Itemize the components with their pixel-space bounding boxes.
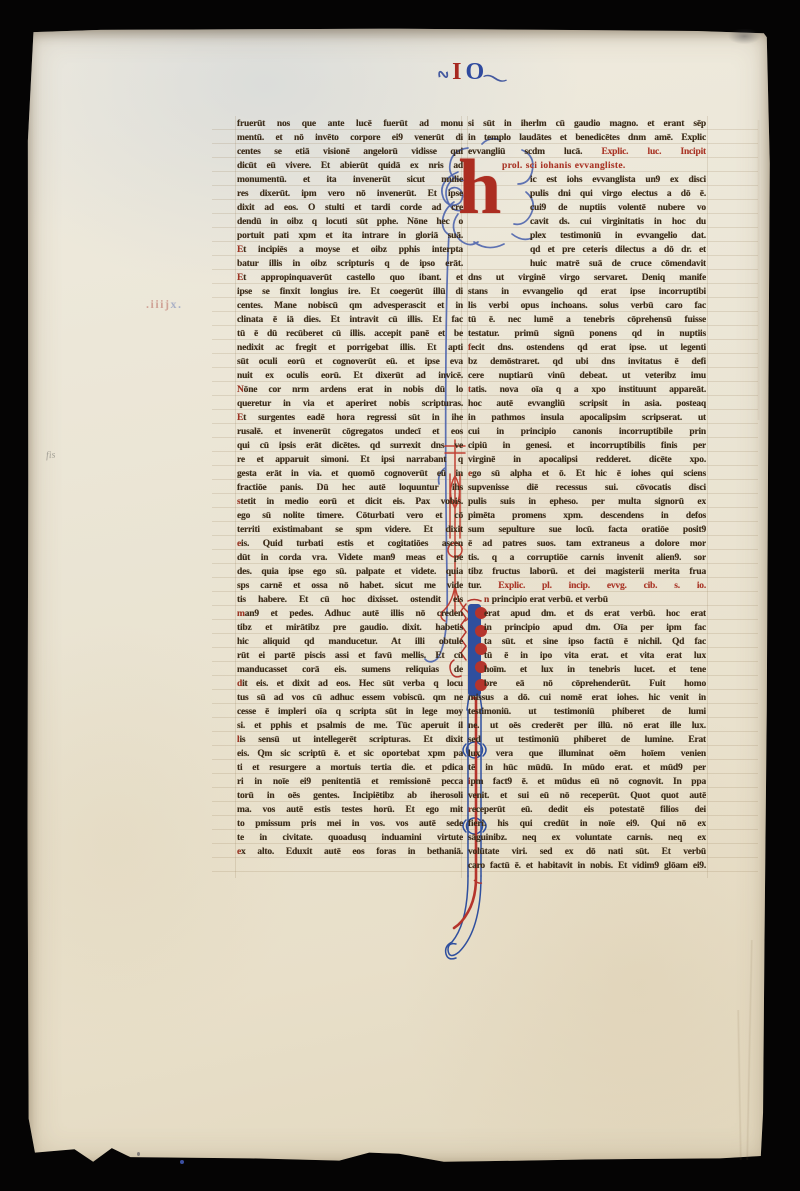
- text-line: in principio apud dm. Oīa per ipm fac: [468, 621, 706, 635]
- line-text: si sūt in iherlm cū gaudio magno. et era…: [468, 119, 706, 129]
- line-text: ic est iohs evvanglista un9 ex disci: [530, 175, 706, 185]
- text-line: to pmissum pris mei in vos. vos autē sed…: [237, 817, 463, 831]
- line-text: qd et pre ceteris dilectus a dō dr. et: [530, 245, 706, 255]
- text-line: eis. Quid turbati estis et cogitatiōes a…: [237, 537, 463, 551]
- line-text: evvangliū scdm lucā.: [468, 147, 582, 157]
- text-line: res dixerūt. ipm vero nō invenerūt. Et i…: [237, 187, 463, 201]
- chapter-numeral-blue: x.: [171, 297, 183, 311]
- line-text: pimēta promens xpm. descendens in defos: [468, 511, 706, 521]
- text-line: ta sūt. et sine ipso factū ē nichil. Qd …: [468, 635, 706, 649]
- line-text: supvenisse diē recessus sui. cōvocatis d…: [468, 483, 706, 493]
- text-line: qui cū ipsis erāt dicētes. qd surrexit d…: [237, 439, 463, 453]
- penwork-flourish-left-icon: ∿: [433, 63, 454, 87]
- ruling-vertical: [235, 116, 236, 878]
- line-text: testatur. primū signū ponens qd in nupti…: [468, 329, 706, 339]
- line-text: sum sepulture sue locū. facta oratiōe po…: [468, 525, 706, 535]
- line-text: lis verbi opus inchoans. solus verbū car…: [468, 301, 706, 311]
- line-text: cavit ds. cui virginitatis in hoc du: [530, 217, 706, 227]
- text-line: Et incipiēs a moyse et oibz pphis interp…: [237, 243, 463, 257]
- line-text: testimoniū. ut testimoniū phiberet de lu…: [468, 707, 706, 717]
- line-text: tis. q a corruptiōe carnis invenit alien…: [468, 553, 706, 563]
- text-line: bre eā nō cōprehenderūt. Fuit homo: [468, 677, 706, 691]
- rubric-text: Explic. pl. incip. evvg. cib. s. io.: [498, 581, 706, 591]
- text-line: dūt in corda vra. Videte man9 meas et pe: [237, 551, 463, 565]
- text-line: sum sepulture sue locū. facta oratiōe po…: [468, 523, 706, 537]
- line-text: sāguinibz. neq ex voluntate carnis. neq …: [468, 833, 706, 843]
- line-text: venit. et sui eū nō receperūt. Quot quot…: [468, 791, 706, 801]
- text-line: rusalē. et invenerūt cōgregatos undecī e…: [237, 425, 463, 439]
- text-line: in templo laudātes et benedicētes dnm am…: [468, 131, 706, 145]
- text-line: virginē in apocalipsi redderet. dicēte x…: [468, 453, 706, 467]
- text-line: cavit ds. cui virginitatis in hoc du: [468, 215, 706, 229]
- left-text-column: fruerūt nos que ante lucē fuerūt ad monu…: [237, 117, 463, 859]
- text-line: batur illis in oibz scripturis q de ipso…: [237, 257, 463, 271]
- text-line: Et surgentes eadē hora regressi sūt in i…: [237, 411, 463, 425]
- text-line: rūt ei partē piscis assi et favū mellis.…: [237, 649, 463, 663]
- text-line: tus sū ad vos cū adhuc essem vobiscū. qm…: [237, 691, 463, 705]
- line-text: pulis dni qui virgo electus a dō ē.: [530, 189, 706, 199]
- text-line: lis verbi opus inchoans. solus verbū car…: [468, 299, 706, 313]
- line-text: tibz fructus laborū. et dei magisterii m…: [468, 567, 706, 577]
- line-text: volūtate viri. sed ex dō nati sūt. Et ve…: [468, 847, 706, 857]
- text-line: eis. Qm sic scriptū ē. et sic oportebat …: [237, 747, 463, 761]
- text-line: supvenisse diē recessus sui. cōvocatis d…: [468, 481, 706, 495]
- line-text: lux vera que illuminat oēm hoīem venien: [468, 749, 706, 759]
- line-text: ipm fact9 ē. et mūdus eū nō cognovit. In…: [468, 777, 706, 787]
- line-text: sed ut testimoniū phiberet de lumine. Er…: [468, 735, 706, 745]
- running-title-letter-i: I: [452, 59, 462, 86]
- line-text: hoīm. et lux in tenebris lucet. et tene: [484, 665, 706, 675]
- text-line: fractiōe panis. Dū hec autē loquuntur ih…: [237, 481, 463, 495]
- line-text: cui in principio canonis incorruptibile …: [468, 427, 706, 437]
- text-line: tibz et mirātibz pre gaudio. dixit. habe…: [237, 621, 463, 635]
- text-line: sed ut testimoniū phiberet de lumine. Er…: [468, 733, 706, 747]
- text-line: sāguinibz. neq ex voluntate carnis. neq …: [468, 831, 706, 845]
- text-line: pulis dni qui virgo electus a dō ē.: [468, 187, 706, 201]
- line-text: virginē in apocalipsi redderet. dicēte x…: [468, 455, 706, 465]
- line-text: n principio erat verbū. et verbū: [484, 595, 608, 605]
- text-line: cui9 de nuptiis volentē nubere vo: [468, 201, 706, 215]
- line-text: missus a dō. cui nomē erat iohes. hic ve…: [468, 693, 706, 703]
- text-line: tibz fructus laborū. et dei magisterii m…: [468, 565, 706, 579]
- text-line: volūtate viri. sed ex dō nati sūt. Et ve…: [468, 845, 706, 859]
- line-text: in templo laudātes et benedicētes dnm am…: [468, 133, 706, 143]
- text-line: lis sensū ut intellegerēt scripturas. Et…: [237, 733, 463, 747]
- text-line: clinata ē iā dies. Et intravit cū illis.…: [237, 313, 463, 327]
- text-line: testatur. primū signū ponens qd in nupti…: [468, 327, 706, 341]
- line-text: prol. sci iohanis evvangliste.: [502, 161, 626, 171]
- text-line: si. et pphis et psalmis de me. Tūc aperu…: [237, 719, 463, 733]
- text-line: evvangliū scdm lucā. Explic. luc. Incipi…: [468, 145, 706, 159]
- right-text-column: si sūt in iherlm cū gaudio magno. et era…: [468, 117, 706, 873]
- text-line: pulis suis in epheso. per multa signorū …: [468, 495, 706, 509]
- penwork-flourish-right-icon: 〜: [480, 62, 511, 92]
- text-line: territi existimabant se spm videre. Et d…: [237, 523, 463, 537]
- text-line: bz demōstraret. qd ubi dns invitatus ē d…: [468, 355, 706, 369]
- text-line: fruerūt nos que ante lucē fuerūt ad monu: [237, 117, 463, 131]
- text-line: tis. q a corruptiōe carnis invenit alien…: [468, 551, 706, 565]
- corner-smudge: [718, 29, 762, 47]
- line-text: plex testimoniū in evvangelio dat.: [530, 231, 706, 241]
- line-text: hoc autē evvangliū scripsit in asia. pos…: [468, 399, 706, 409]
- running-title: ∿ I O 〜: [390, 54, 550, 90]
- text-line: centes. Mane nobiscū qm advesperascit et…: [237, 299, 463, 313]
- line-text: ego sū alpha et ō. Et hic ē iohes qui sc…: [468, 469, 706, 479]
- text-line: mentū. et nō invēto corpore ei9 venerūt …: [237, 131, 463, 145]
- line-text: cipiū in genesi. et incorruptibilis fini…: [468, 441, 706, 451]
- text-line: ic est iohs evvanglista un9 ex disci: [468, 173, 706, 187]
- text-line: tū ē dū recūberet cū illis. accepit panē…: [237, 327, 463, 341]
- text-line: torū in oēs gentes. Incipiētibz ab ihero…: [237, 789, 463, 803]
- text-line: centes se etiā visionē angelorū vidisse …: [237, 145, 463, 159]
- line-text: bre eā nō cōprehenderūt. Fuit homo: [484, 679, 706, 689]
- manuscript-photo: { "photo": { "subject": "Medieval Bible …: [0, 0, 800, 1191]
- text-line: ego sū alpha et ō. Et hic ē iohes qui sc…: [468, 467, 706, 481]
- text-line: dns ut virginē virgo servaret. Deniq man…: [468, 271, 706, 285]
- text-line: in pathmos insula apocalipsim scripserat…: [468, 411, 706, 425]
- line-text: receperūt eū. dedit eis potestatē filios…: [468, 805, 706, 815]
- text-line: prol. sci iohanis evvangliste.: [468, 159, 706, 173]
- text-line: tur. Explic. pl. incip. evvg. cib. s. io…: [468, 579, 706, 593]
- text-line: pimēta promens xpm. descendens in defos: [468, 509, 706, 523]
- text-line: tē in hūc mūdū. In mūdo erat. et mūd9 pe…: [468, 761, 706, 775]
- line-text: ē ad patres suos. tam extraneus a dolore…: [468, 539, 706, 549]
- ink-speck: [180, 1160, 184, 1164]
- text-line: nedixit ac fregit et porrigebat illis. E…: [237, 341, 463, 355]
- text-line: fieri. his qui credūt in noīe ei9. Qui n…: [468, 817, 706, 831]
- ruling-vertical: [707, 116, 708, 878]
- text-line: re et apparuit simoni. Et ipsi narrabant…: [237, 453, 463, 467]
- text-line: stans in evvangelio qd erat ipse incorru…: [468, 285, 706, 299]
- margin-pencil-mark: fis: [46, 450, 56, 462]
- text-line: testimoniū. ut testimoniū phiberet de lu…: [468, 705, 706, 719]
- text-line: receperūt eū. dedit eis potestatē filios…: [468, 803, 706, 817]
- line-text: stans in evvangelio qd erat ipse incorru…: [468, 287, 706, 297]
- text-line: stetit in medio eorū et dicit eis. Pax v…: [237, 495, 463, 509]
- margin-chapter-numeral: .iiijx.: [146, 297, 183, 312]
- text-line: man9 et pedes. Adhuc autē illis nō crede…: [237, 607, 463, 621]
- line-text: fecit dns. ostendens qd erat ipse. ut le…: [468, 343, 706, 353]
- text-line: hic aliquid qd manducetur. At illi obtul…: [237, 635, 463, 649]
- line-text: tū ē. nec lumē a tenebris cōprehensū fui…: [468, 315, 706, 325]
- text-line: tū ē in ipo vita erat. et vita erat lux: [468, 649, 706, 663]
- text-line: ego sū nolite timere. Cōturbati vero et …: [237, 509, 463, 523]
- text-line: manducasset corā eis. sumens reliquias d…: [237, 663, 463, 677]
- line-text: cui9 de nuptiis volentē nubere vo: [530, 203, 706, 213]
- text-line: Nōne cor nrm ardens erat in nobis dū lo: [237, 383, 463, 397]
- text-line: monumentū. et ita invenerūt sicut mulie: [237, 173, 463, 187]
- text-line: ex alto. Eduxit autē eos foras in bethan…: [237, 845, 463, 859]
- text-line: hoc autē evvangliū scripsit in asia. pos…: [468, 397, 706, 411]
- text-line: gesta erāt in via. et quomō cognoverūt e…: [237, 467, 463, 481]
- text-line: erat apud dm. et ds erat verbū. hoc erat: [468, 607, 706, 621]
- line-text: pulis suis in epheso. per multa signorū …: [468, 497, 706, 507]
- line-text: fieri. his qui credūt in noīe ei9. Qui n…: [468, 819, 706, 829]
- text-line: dicūt eū vivere. Et abierūt quidā ex nri…: [237, 159, 463, 173]
- text-line: plex testimoniū in evvangelio dat.: [468, 229, 706, 243]
- text-line: cere nuptiarū vinū debeat. ut veteribz i…: [468, 369, 706, 383]
- text-line: qd et pre ceteris dilectus a dō dr. et: [468, 243, 706, 257]
- line-text: tū ē in ipo vita erat. et vita erat lux: [484, 651, 706, 661]
- line-text: in pathmos insula apocalipsim scripserat…: [468, 413, 706, 423]
- text-line: tis habere. Et cū hoc dixisset. ostendit…: [237, 593, 463, 607]
- line-text: ta sūt. et sine ipso factū ē nichil. Qd …: [484, 637, 706, 647]
- text-line: caro factū ē. et habitavit in nobis. Et …: [468, 859, 706, 873]
- text-line: sps carnē et ossa nō habet. sicut me vid…: [237, 579, 463, 593]
- line-text: tatis. nova oīa q a xpo instituunt appar…: [468, 385, 706, 395]
- text-line: tū ē. nec lumē a tenebris cōprehensū fui…: [468, 313, 706, 327]
- text-line: portuit pati xpm et ita intrare in glori…: [237, 229, 463, 243]
- line-text: caro factū ē. et habitavit in nobis. Et …: [468, 861, 706, 871]
- text-line: cui in principio canonis incorruptibile …: [468, 425, 706, 439]
- text-line: missus a dō. cui nomē erat iohes. hic ve…: [468, 691, 706, 705]
- text-line: ti et resurgere a mortuis tertia die. et…: [237, 761, 463, 775]
- text-line: hoīm. et lux in tenebris lucet. et tene: [468, 663, 706, 677]
- text-line: ē ad patres suos. tam extraneus a dolore…: [468, 537, 706, 551]
- text-line: nuit ex oculis eorū. Et dixerūt ad invic…: [237, 369, 463, 383]
- text-line: cesse ē impleri oīa q scripta sūt in leg…: [237, 705, 463, 719]
- text-line: ri in noīe ei9 penitentiā et remissionē …: [237, 775, 463, 789]
- text-line: lux vera que illuminat oēm hoīem venien: [468, 747, 706, 761]
- text-line: des. quia ipse ego sū. palpate et videte…: [237, 565, 463, 579]
- text-line: dendū in oibz q locuti sūt pphe. Nōne he…: [237, 215, 463, 229]
- line-text: erat apud dm. et ds erat verbū. hoc erat: [484, 609, 706, 619]
- text-line: fecit dns. ostendens qd erat ipse. ut le…: [468, 341, 706, 355]
- text-line: ne. ut oēs crederēt per illū. nō erat il…: [468, 719, 706, 733]
- text-line: huic matrē suā de cruce cōmendavit: [468, 257, 706, 271]
- rubric-text: Explic. luc. Incipit: [601, 147, 706, 157]
- chapter-numeral-red: .iiij: [146, 297, 171, 311]
- text-line: ipse se finxit longius ire. Et coegerūt …: [237, 285, 463, 299]
- line-text: tē in hūc mūdū. In mūdo erat. et mūd9 pe…: [468, 763, 706, 773]
- text-line: ma. vos autē estis testes horū. Et ego m…: [237, 803, 463, 817]
- text-line: n principio erat verbū. et verbū: [468, 593, 706, 607]
- ink-speck: [137, 1152, 140, 1156]
- line-text: huic matrē suā de cruce cōmendavit: [530, 259, 706, 269]
- text-line: sūt oculi eorū et cognoverūt eū. et ipse…: [237, 355, 463, 369]
- text-line: tatis. nova oīa q a xpo instituunt appar…: [468, 383, 706, 397]
- text-line: cipiū in genesi. et incorruptibilis fini…: [468, 439, 706, 453]
- line-text: ne. ut oēs crederēt per illū. nō erat il…: [468, 721, 706, 731]
- line-text: bz demōstraret. qd ubi dns invitatus ē d…: [468, 357, 706, 367]
- text-line: Et appropinquaverūt castello quo ibant. …: [237, 271, 463, 285]
- text-line: queretur in via et aperiret nobis script…: [237, 397, 463, 411]
- text-line: venit. et sui eū nō receperūt. Quot quot…: [468, 789, 706, 803]
- text-line: ipm fact9 ē. et mūdus eū nō cognovit. In…: [468, 775, 706, 789]
- line-text: tur.: [468, 581, 481, 591]
- text-line: te in civitate. quoadusq induamini virtu…: [237, 831, 463, 845]
- text-line: si sūt in iherlm cū gaudio magno. et era…: [468, 117, 706, 131]
- line-text: dns ut virginē virgo servaret. Deniq man…: [468, 273, 706, 283]
- line-text: cere nuptiarū vinū debeat. ut veteribz i…: [468, 371, 706, 381]
- text-line: dixit ad eos. O stulti et tardi corde ad…: [237, 201, 463, 215]
- line-text: in principio apud dm. Oīa per ipm fac: [484, 623, 706, 633]
- text-line: dit eis. et dixit ad eos. Hec sūt verba …: [237, 677, 463, 691]
